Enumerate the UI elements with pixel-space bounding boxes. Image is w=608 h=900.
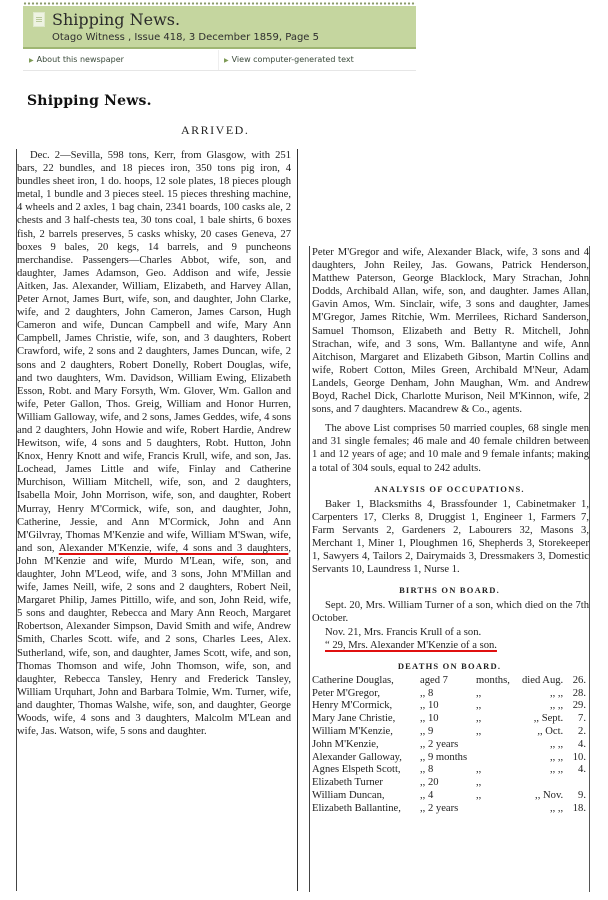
occupations-heading: ANALYSIS OF OCCUPATIONS. bbox=[310, 483, 589, 496]
article-title: Shipping News. bbox=[52, 10, 180, 29]
passenger-summary: The above List comprises 50 married coup… bbox=[310, 422, 589, 474]
arrow-right-icon: ▶ bbox=[224, 57, 229, 64]
birth-entry-highlighted: “ 29, Mrs. Alexander M'Kenzie of a son. bbox=[310, 639, 589, 652]
arrow-right-icon: ▶ bbox=[29, 57, 34, 64]
highlighted-passenger-entry: Alexander M'Kenzie, wife, 4 sons and 3 d… bbox=[59, 543, 289, 554]
right-column: Peter M'Gregor and wife, Alexander Black… bbox=[309, 246, 590, 892]
article-citation: Otago Witness , Issue 418, 3 December 18… bbox=[52, 32, 319, 43]
table-row: Agnes Elspeth Scott,,, 8,,,, ,,4. bbox=[310, 764, 589, 777]
view-text-link[interactable]: ▶View computer-generated text bbox=[224, 55, 354, 64]
birth-entry: Nov. 21, Mrs. Francis Krull of a son. bbox=[310, 626, 589, 639]
article-links-bar: ▶About this newspaper ▶View computer-gen… bbox=[23, 50, 416, 71]
left-column: Dec. 2—Sevilla, 598 tons, Kerr, from Gla… bbox=[16, 149, 298, 891]
table-row: Catherine Douglas,aged 7months,died Aug.… bbox=[310, 675, 589, 688]
deaths-table: Catherine Douglas,aged 7months,died Aug.… bbox=[310, 675, 589, 816]
deaths-heading: DEATHS ON BOARD. bbox=[310, 660, 589, 673]
births-heading: BIRTHS ON BOARD. bbox=[310, 584, 589, 597]
links-divider bbox=[218, 50, 219, 70]
passenger-list-paragraph: Dec. 2—Sevilla, 598 tons, Kerr, from Gla… bbox=[17, 149, 291, 738]
table-row: Elizabeth Turner,, 20,, bbox=[310, 777, 589, 790]
table-row: William Duncan,,, 4,,,, Nov.9. bbox=[310, 790, 589, 803]
table-row: Henry M'Cormick,,, 10,,,, ,,29. bbox=[310, 700, 589, 713]
header-dotted-rule bbox=[23, 2, 416, 5]
document-icon bbox=[33, 12, 45, 27]
title-bar: Shipping News. Otago Witness , Issue 418… bbox=[23, 6, 416, 49]
passenger-list-continued: Peter M'Gregor and wife, Alexander Black… bbox=[310, 246, 589, 416]
section-heading-arrived: ARRIVED. bbox=[181, 123, 249, 138]
table-row: William M'Kenzie,,, 9,,,, Oct.2. bbox=[310, 726, 589, 739]
newspaper-masthead: Shipping News. bbox=[27, 93, 152, 109]
table-row: Mary Jane Christie,,, 10,,,, Sept.7. bbox=[310, 713, 589, 726]
table-row: John M'Kenzie,,, 2 years,, ,,4. bbox=[310, 739, 589, 752]
occupations-list: Baker 1, Blacksmiths 4, Brassfounder 1, … bbox=[310, 498, 589, 577]
table-row: Elizabeth Ballantine,,, 2 years,, ,,18. bbox=[310, 803, 589, 816]
birth-entry: Sept. 20, Mrs. William Turner of a son, … bbox=[310, 599, 589, 625]
about-newspaper-link[interactable]: ▶About this newspaper bbox=[29, 55, 124, 64]
table-row: Alexander Galloway,,, 9 months,, ,,10. bbox=[310, 752, 589, 765]
table-row: Peter M'Gregor,,, 8,,,, ,,28. bbox=[310, 688, 589, 701]
